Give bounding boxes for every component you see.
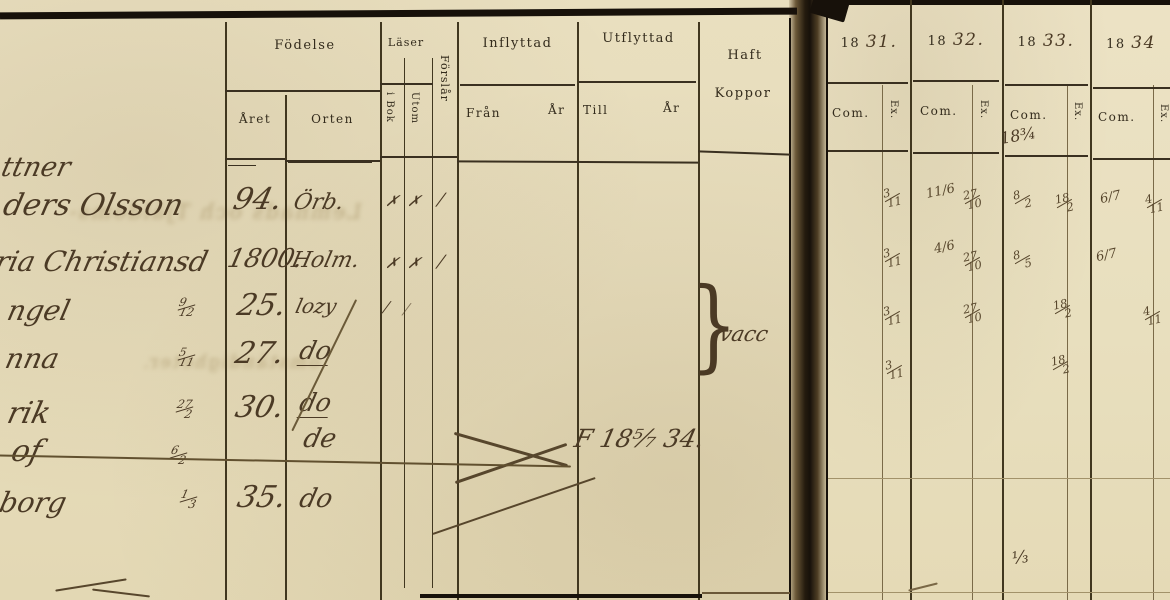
right-page-left-border [826, 0, 828, 600]
header-line [380, 83, 433, 85]
entry-name: ders Olsson [0, 188, 187, 223]
communion-date-mark: 85 [1012, 248, 1033, 270]
header-i-bok: i Bok [384, 92, 395, 123]
header-till: Till [583, 103, 609, 117]
table-line [432, 58, 433, 588]
bleed-through-text: omständigheter. [141, 352, 322, 373]
communion-date-mark: 311 [882, 246, 903, 268]
year-handwritten: 31. [866, 32, 898, 52]
header-fodelse: Födelse [240, 38, 370, 53]
header-utflyttad: Utflyttad [580, 31, 697, 46]
communion-date-mark: 2710 [962, 188, 983, 210]
year-header-1833: 18 33. [1006, 31, 1086, 51]
header-line [1005, 84, 1088, 86]
communion-date-mark: 182 [1054, 192, 1075, 214]
year-handwritten: 32. [953, 30, 985, 50]
header-com-1831: Com. [832, 106, 870, 120]
communion-date-mark: 182 [1052, 298, 1073, 320]
moved-note: F 18⁵⁄₇ 34. [572, 424, 708, 453]
header-orten: Orten [285, 112, 380, 126]
year-printed: 18 [1018, 35, 1038, 50]
left-page-paper [0, 0, 795, 600]
year-printed: 18 [928, 34, 948, 49]
header-forstar: Förslår [438, 55, 451, 102]
header-inflyttad: Inflyttad [460, 36, 575, 51]
birth-year: 25. [234, 288, 290, 323]
communion-date-mark: 411 [1142, 304, 1163, 326]
header-com-1834: Com. [1098, 110, 1136, 124]
year-header-1832: 18 32. [914, 30, 998, 50]
table-line [404, 58, 405, 588]
birth-place: Holm. [289, 248, 362, 273]
header-line [460, 84, 575, 86]
header-ex-1832: Ex. [978, 100, 989, 119]
header-line [828, 82, 908, 84]
book-gutter-fold [789, 0, 827, 600]
row-dash [228, 165, 256, 166]
year-header-1834: 18 34 [1094, 33, 1168, 53]
header-line [1093, 158, 1170, 160]
birth-place: lozy [293, 294, 339, 318]
header-aret: Året [225, 112, 285, 126]
entry-name: ttner [0, 152, 74, 183]
birth-year: 35. [234, 480, 290, 515]
birth-year: 30. [232, 390, 288, 425]
table-line [1090, 0, 1092, 600]
table-line [910, 0, 912, 600]
scribble-mark: ⅓ [1011, 547, 1030, 569]
communion-date-mark: 311 [882, 186, 903, 208]
table-line [1153, 85, 1154, 600]
entry-name: ria Christiansd [0, 245, 211, 278]
header-line [225, 158, 285, 160]
table-line [577, 22, 579, 600]
year-printed: 18 [841, 36, 861, 51]
header-utom: Utom [409, 92, 420, 124]
entry-name: ngel [4, 294, 73, 327]
header-ex-1834: Ex. [1158, 104, 1169, 123]
header-line [828, 150, 908, 152]
table-line [380, 22, 382, 600]
scanned-register-page: Lemnads och Tjäldoms- omständigheter. Fö… [0, 0, 1170, 600]
header-laser: Läser [378, 36, 434, 49]
header-haft: Haft [700, 48, 790, 63]
header-line [913, 152, 999, 154]
birth-year: 94. [230, 182, 286, 217]
header-line [579, 81, 696, 83]
faint-row-line [828, 478, 1170, 479]
right-page-paper [795, 0, 1170, 600]
header-ar-ut: År [663, 101, 680, 115]
header-fran: Från [466, 106, 501, 120]
entry-name: rik [4, 396, 54, 431]
header-line [1005, 155, 1088, 157]
year-handwritten: 33. [1043, 31, 1075, 51]
birth-place: Örb. [291, 190, 346, 215]
year-header-1831: 18 31. [830, 32, 908, 52]
vaccination-note: vacc [717, 322, 770, 346]
header-com-1832: Com. [920, 104, 958, 118]
header-ex-1831: Ex. [888, 100, 899, 119]
birth-year: 27. [232, 336, 288, 371]
communion-date-mark: 311 [884, 358, 905, 380]
communion-date-mark: 2710 [962, 250, 983, 272]
header-line [1093, 87, 1170, 89]
header-ar-in: År [548, 103, 565, 117]
year-handwritten: 34 [1131, 33, 1156, 53]
communion-date-mark: 2710 [962, 302, 983, 324]
entry-name: borg [0, 486, 70, 519]
header-com-1833: Com. [1010, 108, 1048, 122]
communion-date-mark: 82 [1012, 188, 1033, 210]
bottom-row-line [420, 594, 702, 598]
bottom-row-line [702, 592, 790, 594]
table-line [1067, 85, 1068, 600]
left-page-right-border [789, 18, 791, 600]
header-koppor: Koppor [698, 86, 788, 101]
header-line [225, 90, 380, 92]
faint-row-line [828, 592, 1170, 593]
table-line [225, 22, 227, 600]
header-line [913, 80, 999, 82]
table-line [1002, 0, 1004, 600]
communion-date-mark: 311 [882, 304, 903, 326]
header-line [380, 156, 457, 158]
header-ex-1833: Ex. [1072, 102, 1083, 121]
table-line [457, 22, 459, 600]
entry-name: nna [2, 342, 62, 375]
communion-date-mark: 182 [1050, 354, 1071, 376]
row-dash [288, 162, 372, 163]
right-page-top-border [822, 0, 1170, 5]
table-line [972, 85, 973, 600]
table-line [882, 85, 883, 600]
year-printed: 18 [1106, 37, 1126, 52]
communion-date-mark: 411 [1144, 192, 1165, 214]
